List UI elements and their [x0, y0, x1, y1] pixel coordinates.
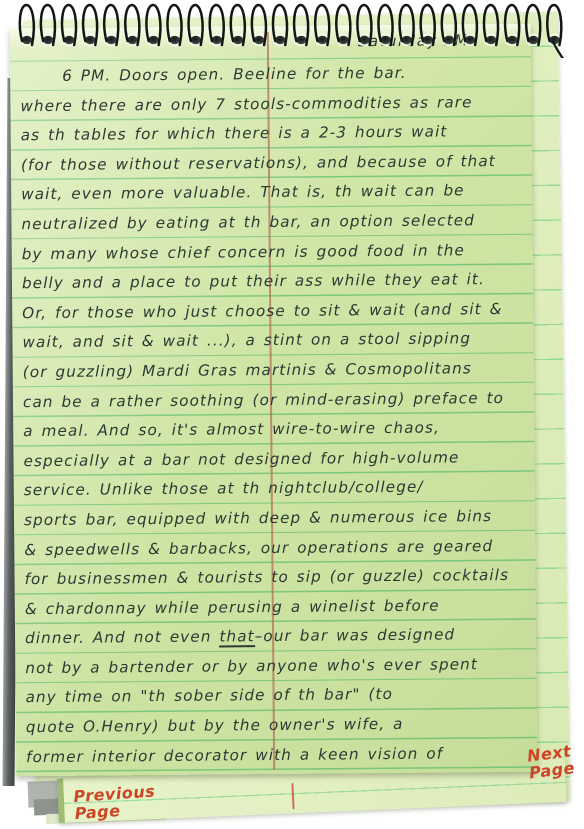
note-line: especially at a bar not designed for hig…	[23, 443, 525, 477]
note-line: Or, for those who just choose to sit & w…	[22, 295, 524, 329]
note-line: former interior decorator with a keen vi…	[26, 738, 528, 772]
note-line: sports bar, equipped with deep & numerou…	[24, 502, 526, 536]
note-line: neutralized by eating at th bar, an opti…	[21, 206, 523, 240]
notebook-screenshot: Saturday PM 6 PM. Doors open. Beeline fo…	[0, 0, 584, 829]
note-line: where there are only 7 stools-commoditie…	[20, 87, 522, 121]
note-line: & speedwells & barbacks, our operations …	[24, 531, 526, 565]
note-line: dinner. And not even that–our bar was de…	[25, 620, 527, 654]
note-line: (for those without reservations), and be…	[21, 147, 523, 181]
note-line: by many whose chief concern is good food…	[22, 235, 524, 269]
note-line: wait, and sit & wait ...), a stint on a …	[22, 324, 524, 358]
note-line: can be a rather soothing (or mind-erasin…	[23, 383, 525, 417]
next-page-link[interactable]: Next Page	[526, 740, 584, 781]
note-line: 6 PM. Doors open. Beeline for the bar.	[20, 58, 522, 92]
note-line: for businessmen & tourists to sip (or gu…	[24, 561, 526, 595]
note-line: wait, even more valuable. That is, th wa…	[21, 176, 523, 210]
note-line: & chardonnay while perusing a winelist b…	[25, 590, 527, 624]
margin-tick	[291, 783, 294, 809]
note-line: service. Unlike those at th nightclub/co…	[24, 472, 526, 506]
note-body: 6 PM. Doors open. Beeline for the bar.wh…	[20, 58, 528, 773]
note-line: any time on "th sober side of th bar" (t…	[25, 679, 527, 713]
previous-page-link[interactable]: Previous Page	[73, 782, 165, 822]
spiral-binding-icon	[0, 0, 584, 58]
note-line: not by a bartender or by anyone who's ev…	[25, 650, 527, 684]
notepad-sheet: Saturday PM 6 PM. Doors open. Beeline fo…	[10, 24, 538, 777]
note-line: as th tables for which there is a 2-3 ho…	[21, 117, 523, 151]
note-line: (or guzzling) Mardi Gras martinis & Cosm…	[23, 354, 525, 388]
note-line: a meal. And so, it's almost wire-to-wire…	[23, 413, 525, 447]
note-line: quote O.Henry) but by the owner's wife, …	[26, 709, 528, 743]
note-line: belly and a place to put their ass while…	[22, 265, 524, 299]
